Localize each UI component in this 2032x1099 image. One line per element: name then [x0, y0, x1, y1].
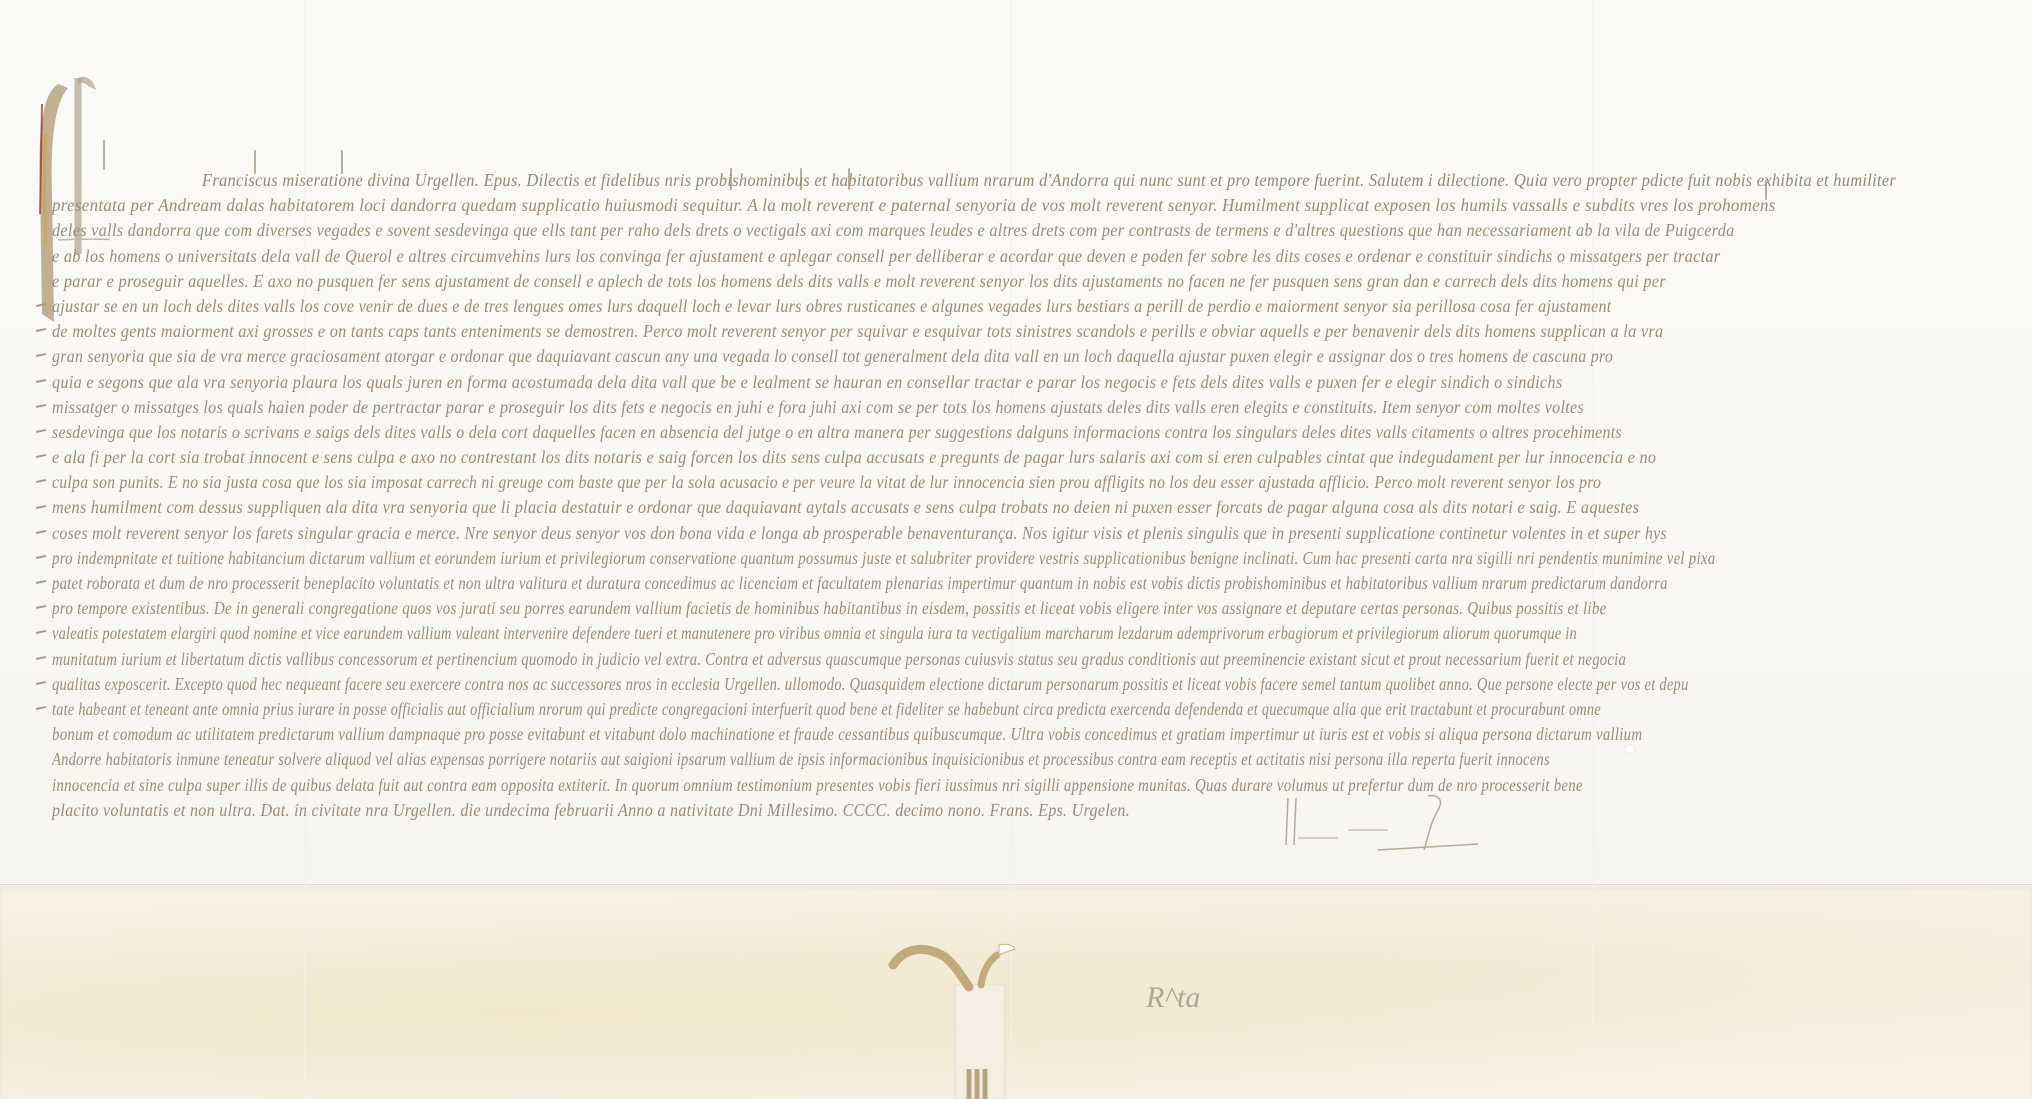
ascender-stroke — [103, 140, 105, 170]
text-line: mens humilment com dessus suppliquen ala… — [52, 495, 1972, 520]
charter-text-block: Franciscus miseratione divina Urgellen. … — [52, 168, 1972, 823]
text-line: missatger o missatges los quals haien po… — [52, 395, 1972, 420]
text-line: sesdevinga que los notaris o scrivans e … — [52, 420, 1972, 445]
parchment-hole — [416, 741, 424, 749]
text-line: e parar e proseguir aquelles. E axo no p… — [52, 269, 1972, 294]
text-line: deles valls dandorra que com diverses ve… — [52, 218, 1972, 243]
text-line: bonum et comodum ac utilitatem predictar… — [52, 722, 1972, 747]
horizontal-fold-line — [0, 884, 2032, 886]
text-line: valeatis potestatem elargiri quod nomine… — [52, 621, 1972, 646]
text-line: presentata per Andream dalas habitatorem… — [52, 193, 1972, 218]
text-line: culpa son punits. E no sia justa cosa qu… — [52, 470, 1972, 495]
signature-flourish-icon — [1278, 790, 1498, 865]
text-line: qualitas exposcerit. Excepto quod hec ne… — [52, 672, 1972, 697]
registration-mark: R^ta — [1130, 955, 1220, 1035]
text-line: coses molt reverent senyor los farets si… — [52, 521, 1972, 546]
text-line: pro tempore existentibus. De in generali… — [52, 596, 1972, 621]
text-line: ajustar se en un loch dels dites valls l… — [52, 294, 1972, 319]
text-line: pro indempnitate et tuitione habitancium… — [52, 546, 1972, 571]
margin-marks — [34, 292, 50, 720]
text-line: de moltes gents maiorment axi grosses e … — [52, 319, 1972, 344]
text-line: e ab los homens o universitats dela vall… — [52, 244, 1972, 269]
seal-cord-icon — [885, 935, 1055, 1099]
text-line: tate habeant et teneant ante omnia prius… — [52, 697, 1972, 722]
text-line: innocencia et sine culpa super illis de … — [52, 773, 1972, 798]
text-line: munitatum iurium et libertatum dictis va… — [52, 647, 1972, 672]
text-line: Franciscus miseratione divina Urgellen. … — [52, 168, 1972, 193]
text-line: Andorre habitatoris inmune teneatur solv… — [52, 747, 1972, 772]
parchment-hole — [1626, 745, 1634, 753]
text-line: patet roborata et dum de nro processerit… — [52, 571, 1972, 596]
text-line: e ala fi per la cort sia trobat innocent… — [52, 445, 1972, 470]
text-line: gran senyoria que sia de vra merce graci… — [52, 344, 1972, 369]
text-line: quia e segons que ala vra senyoria plaur… — [52, 370, 1972, 395]
